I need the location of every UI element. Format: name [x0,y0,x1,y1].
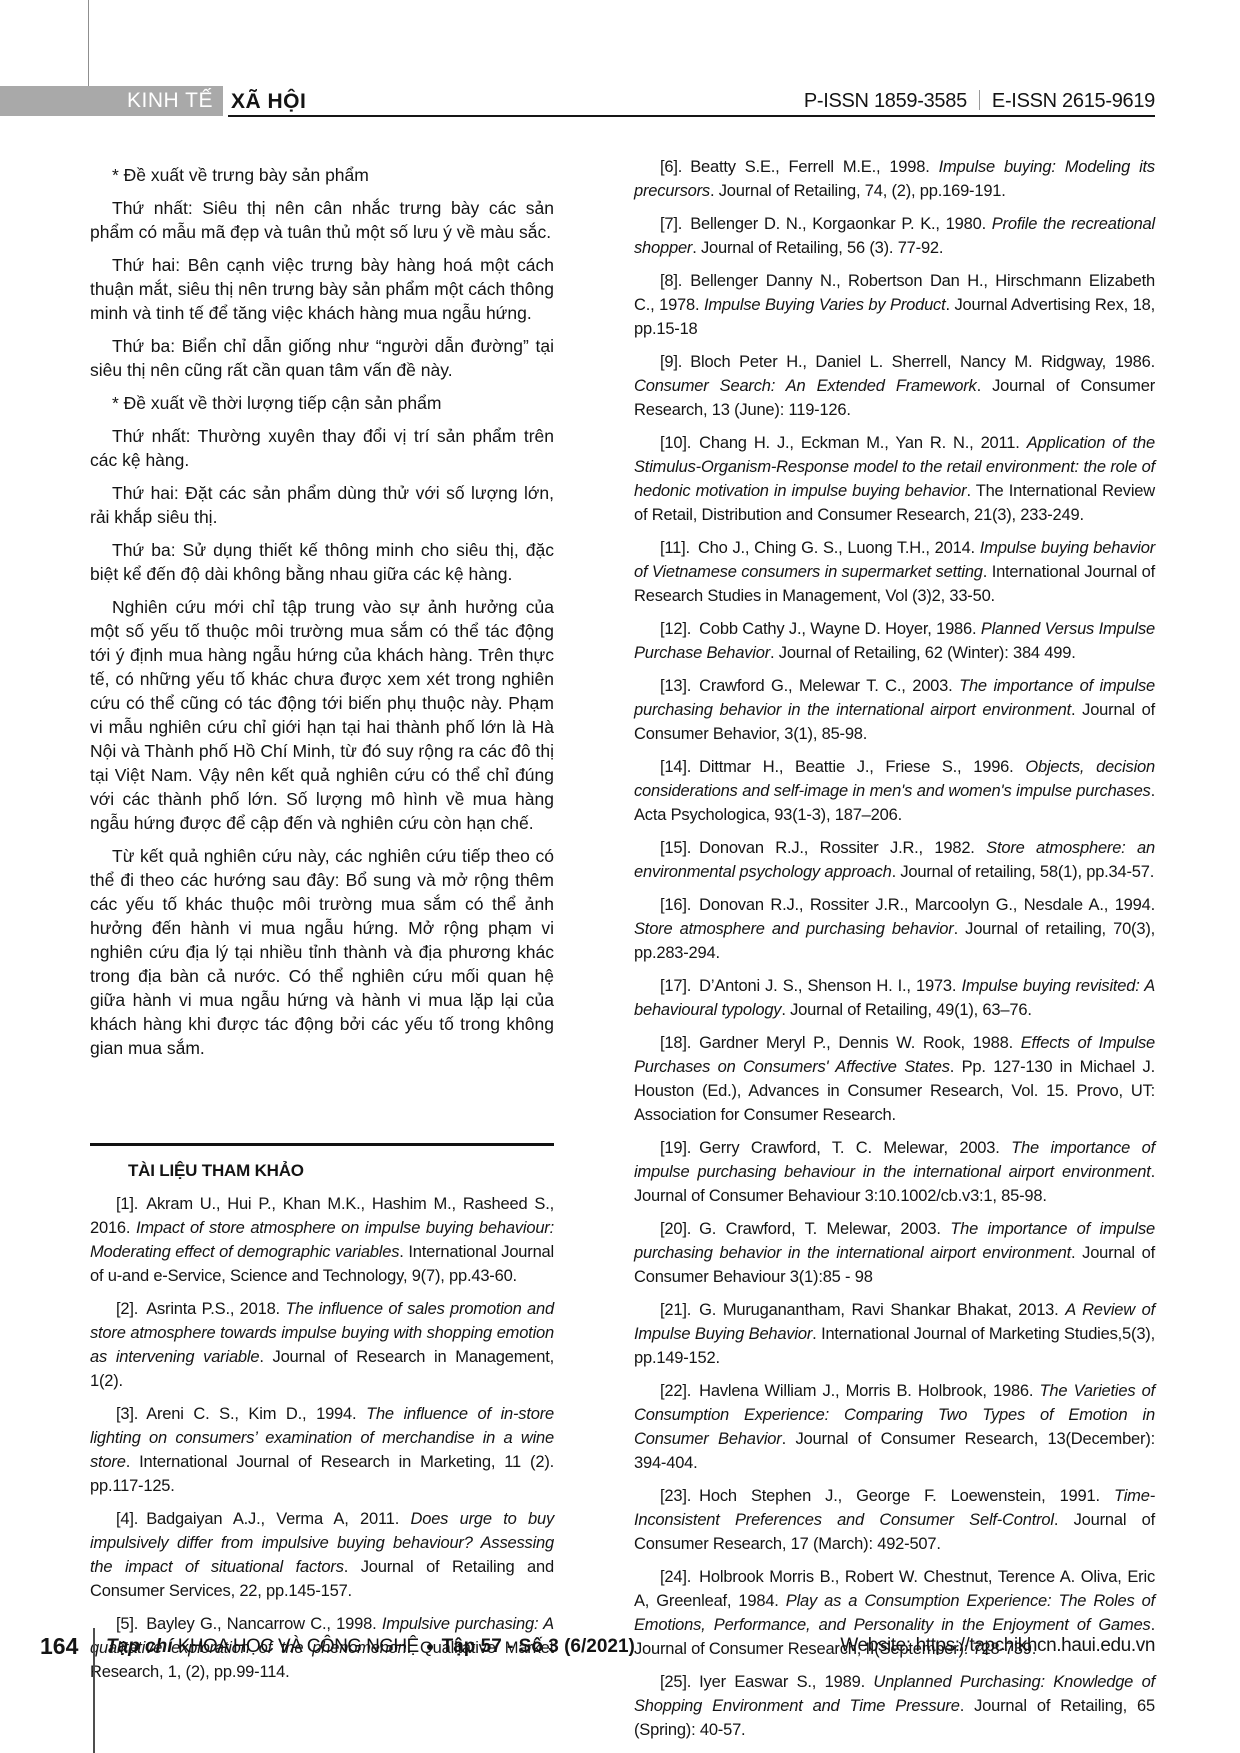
reference-item: [22]. Havlena William J., Morris B. Holb… [634,1379,1155,1475]
header-issn: P-ISSN 1859-3585E-ISSN 2615-9619 [804,86,1155,116]
reference-item: [10]. Chang H. J., Eckman M., Yan R. N.,… [634,431,1155,527]
reference-item: [15]. Donovan R.J., Rossiter J.R., 1982.… [634,836,1155,884]
reference-item: [9]. Bloch Peter H., Daniel L. Sherrell,… [634,350,1155,422]
reference-item: [23]. Hoch Stephen J., George F. Loewens… [634,1484,1155,1556]
reference-item: [21]. G. Muruganantham, Ravi Shankar Bha… [634,1298,1155,1370]
journal-prefix: Tạp chí [106,1636,173,1657]
reference-number: [1]. [116,1195,146,1213]
references-list-right: [6]. Beatty S.E., Ferrell M.E., 1998. Im… [634,155,1155,1751]
p-issn: P-ISSN 1859-3585 [804,90,967,112]
references-section: TÀI LIỆU THAM KHẢO [1]. Akram U., Hui P.… [90,1143,554,1693]
body-paragraph: Nghiên cứu mới chỉ tập trung vào sự ảnh … [90,595,554,835]
issn-separator [979,90,980,110]
reference-number: [21]. [660,1301,699,1319]
reference-number: [2]. [116,1300,146,1318]
reference-number: [4]. [116,1510,146,1528]
reference-number: [11]. [660,539,698,557]
footer-divider-line [93,1628,95,1753]
reference-item: [16]. Donovan R.J., Rossiter J.R., Marco… [634,893,1155,965]
reference-number: [16]. [660,896,699,914]
reference-number: [12]. [660,620,699,638]
references-rule [90,1143,554,1146]
body-paragraph: * Đề xuất về thời lượng tiếp cận sản phẩ… [90,391,554,415]
reference-item: [3]. Areni C. S., Kim D., 1994. The infl… [90,1402,554,1498]
references-title: TÀI LIỆU THAM KHẢO [128,1161,554,1181]
reference-item: [11]. Cho J., Ching G. S., Luong T.H., 2… [634,536,1155,608]
reference-item: [8]. Bellenger Danny N., Robertson Dan H… [634,269,1155,341]
reference-item: [12]. Cobb Cathy J., Wayne D. Hoyer, 198… [634,617,1155,665]
reference-number: [6]. [660,158,690,176]
body-paragraph: Từ kết quả nghiên cứu này, các nghiên cứ… [90,844,554,1060]
reference-number: [22]. [660,1382,699,1400]
reference-number: [20]. [660,1220,699,1238]
reference-item: [1]. Akram U., Hui P., Khan M.K., Hashim… [90,1192,554,1288]
reference-number: [18]. [660,1034,699,1052]
page-number: 164 [40,1633,78,1659]
left-column-body: * Đề xuất về trưng bày sản phẩmThứ nhất:… [90,163,554,1069]
references-list-left: [1]. Akram U., Hui P., Khan M.K., Hashim… [90,1192,554,1684]
reference-item: [2]. Asrinta P.S., 2018. The influence o… [90,1297,554,1393]
header-rule [228,115,1155,117]
footer-website: Website: https://tapchikhcn.haui.edu.vn [840,1633,1155,1659]
header-label-gray: KINH TẾ [127,89,213,112]
body-paragraph: Thứ ba: Sử dụng thiết kế thông minh cho … [90,538,554,586]
header-section-xa-hoi: XÃ HỘI [231,86,306,116]
reference-item: [7]. Bellenger D. N., Korgaonkar P. K., … [634,212,1155,260]
e-issn: E-ISSN 2615-9619 [992,90,1155,112]
body-paragraph: Thứ hai: Bên cạnh việc trưng bày hàng ho… [90,253,554,325]
reference-number: [17]. [660,977,699,995]
reference-item: [25]. Iyer Easwar S., 1989. Unplanned Pu… [634,1670,1155,1742]
reference-number: [13]. [660,677,699,695]
footer-journal-info: Tạp chí KHOA HỌC VÀ CÔNG NGHỆ ● Tập 57 -… [106,1633,635,1660]
reference-number: [9]. [660,353,690,371]
body-paragraph: Thứ hai: Đặt các sản phẩm dùng thử với s… [90,481,554,529]
reference-item: [13]. Crawford G., Melewar T. C., 2003. … [634,674,1155,746]
website-url: https://tapchikhcn.haui.edu.vn [916,1635,1155,1656]
reference-number: [15]. [660,839,699,857]
body-paragraph: * Đề xuất về trưng bày sản phẩm [90,163,554,187]
reference-item: [14]. Dittmar H., Beattie J., Friese S.,… [634,755,1155,827]
body-paragraph: Thứ ba: Biển chỉ dẫn giống như “người dẫ… [90,334,554,382]
body-paragraph: Thứ nhất: Thường xuyên thay đổi vị trí s… [90,424,554,472]
reference-item: [19]. Gerry Crawford, T. C. Melewar, 200… [634,1136,1155,1208]
reference-item: [20]. G. Crawford, T. Melewar, 2003. The… [634,1217,1155,1289]
reference-number: [14]. [660,758,699,776]
website-label: Website: [840,1635,910,1656]
reference-number: [7]. [660,215,690,233]
reference-item: [17]. D’Antoni J. S., Shenson H. I., 197… [634,974,1155,1022]
reference-number: [10]. [660,434,699,452]
header-label-black: XÃ HỘI [231,90,306,113]
header-section-kinh-te: KINH TẾ [0,86,223,116]
reference-number: [24]. [660,1568,699,1586]
reference-number: [8]. [660,272,690,290]
reference-item: [18]. Gardner Meryl P., Dennis W. Rook, … [634,1031,1155,1127]
reference-number: [5]. [116,1615,146,1633]
reference-number: [19]. [660,1139,699,1157]
journal-name: KHOA HỌC VÀ CÔNG NGHỆ [178,1636,419,1657]
reference-number: [23]. [660,1487,699,1505]
top-vertical-line [88,0,89,86]
journal-page: KINH TẾ XÃ HỘI P-ISSN 1859-3585E-ISSN 26… [0,0,1240,1753]
reference-item: [4]. Badgaiyan A.J., Verma A, 2011. Does… [90,1507,554,1603]
bullet-icon: ● [426,1638,434,1654]
reference-item: [6]. Beatty S.E., Ferrell M.E., 1998. Im… [634,155,1155,203]
journal-issue: Tập 57 - Số 3 (6/2021) [442,1636,635,1657]
reference-number: [3]. [116,1405,146,1423]
body-paragraph: Thứ nhất: Siêu thị nên cân nhắc trưng bà… [90,196,554,244]
reference-number: [25]. [660,1673,699,1691]
